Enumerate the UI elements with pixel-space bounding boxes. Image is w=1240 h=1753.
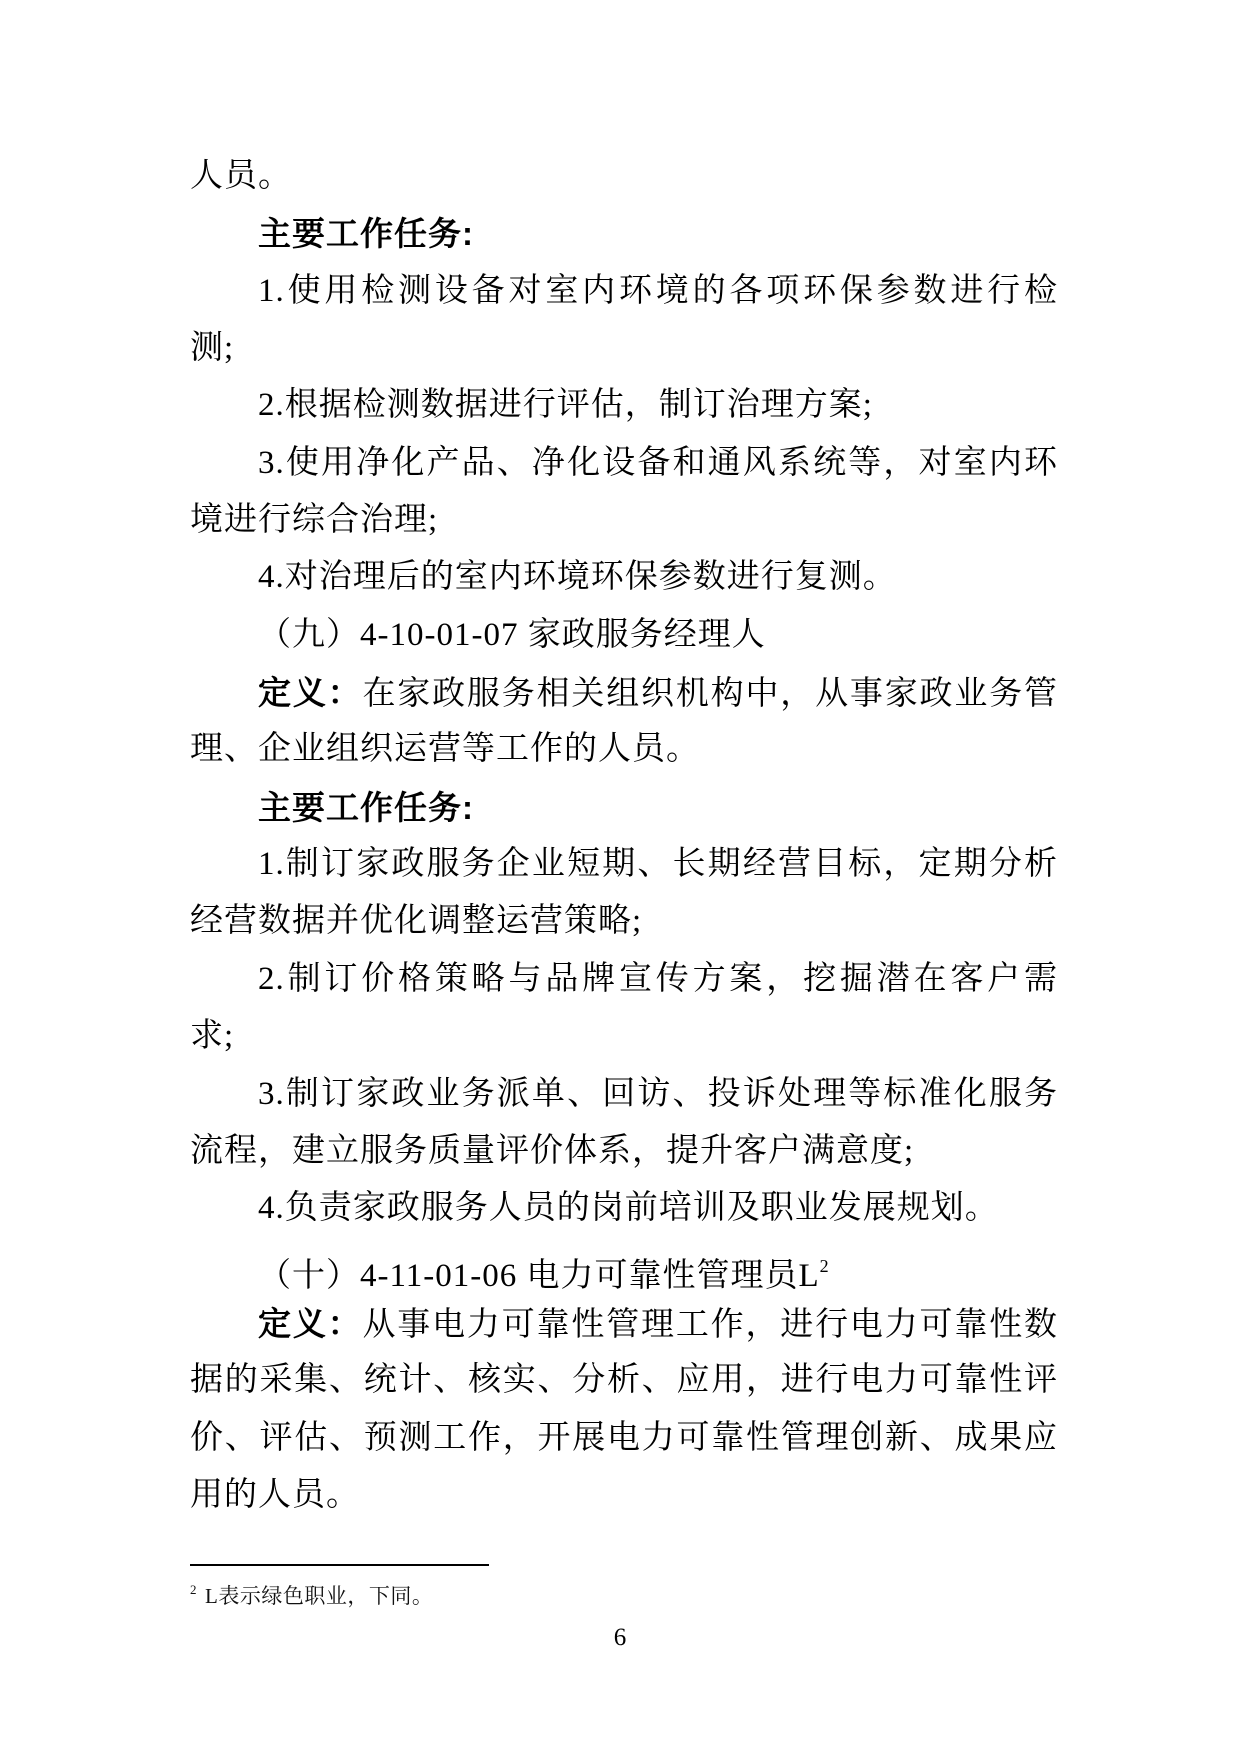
text-line: 4.负责家政服务人员的岗前培训及职业发展规划。 <box>190 1180 1058 1237</box>
text-segment: 4.负责家政服务人员的岗前培训及职业发展规划。 <box>258 1190 999 1226</box>
text-line: 测; <box>190 320 1058 377</box>
text-line: 用的人员。 <box>190 1467 1058 1524</box>
text-line: 理、企业组织运营等工作的人员。 <box>190 721 1058 778</box>
text-segment: 流程，建立服务质量评价体系，提升客户满意度; <box>190 1133 914 1169</box>
text-segment: 理、企业组织运营等工作的人员。 <box>190 731 700 767</box>
text-segment: （九）4-10-01-07 家政服务经理人 <box>258 617 766 653</box>
text-segment: 境进行综合治理; <box>190 502 438 538</box>
footnote-separator <box>190 1564 489 1566</box>
text-segment: 3.制订家政业务派单、回访、投诉处理等标准化服务 <box>258 1076 1058 1112</box>
text-segment: 测; <box>190 330 234 366</box>
text-line: 2.制订价格策略与品牌宣传方案，挖掘潜在客户需 <box>190 951 1058 1008</box>
superscript-marker: 2 <box>820 1256 829 1276</box>
footnote-area: 2L表示绿色职业，下同。 <box>190 1564 1058 1611</box>
text-segment: 在家政服务相关组织机构中，从事家政业务管 <box>362 676 1058 712</box>
text-line: 2.根据检测数据进行评估，制订治理方案; <box>190 377 1058 434</box>
text-segment: 据的采集、统计、核实、分析、应用，进行电力可靠性评 <box>190 1362 1058 1398</box>
text-segment: 1.使用检测设备对室内环境的各项环保参数进行检 <box>258 273 1058 309</box>
page-number: 6 <box>0 1622 1240 1654</box>
text-line: 3.使用净化产品、净化设备和通风系统等，对室内环 <box>190 435 1058 492</box>
bold-label: 定义： <box>258 1305 362 1342</box>
text-line: （十）4-11-01-06 电力可靠性管理员L2 <box>190 1238 1058 1295</box>
text-segment: 求; <box>190 1018 234 1054</box>
bold-label: 主要工作任务: <box>258 789 474 826</box>
text-segment: 3.使用净化产品、净化设备和通风系统等，对室内环 <box>258 445 1058 481</box>
text-line: 流程，建立服务质量评价体系，提升客户满意度; <box>190 1123 1058 1180</box>
bold-label: 主要工作任务: <box>258 215 474 252</box>
text-segment: 2.制订价格策略与品牌宣传方案，挖掘潜在客户需 <box>258 961 1058 997</box>
text-segment: 价、评估、预测工作，开展电力可靠性管理创新、成果应 <box>190 1420 1058 1456</box>
text-line: 4.对治理后的室内环境环保参数进行复测。 <box>190 549 1058 606</box>
text-segment: 1.制订家政服务企业短期、长期经营目标，定期分析 <box>258 846 1058 882</box>
text-segment: 从事电力可靠性管理工作，进行电力可靠性数 <box>362 1307 1058 1343</box>
text-line: 境进行综合治理; <box>190 492 1058 549</box>
text-segment: 用的人员。 <box>190 1477 360 1513</box>
text-line: 定义：从事电力可靠性管理工作，进行电力可靠性数 <box>190 1295 1058 1352</box>
document-page: 人员。主要工作任务:1.使用检测设备对室内环境的各项环保参数进行检测;2.根据检… <box>0 0 1240 1753</box>
text-line: 人员。 <box>190 148 1058 205</box>
footnote: 2L表示绿色职业，下同。 <box>190 1575 1058 1611</box>
footnote-text: L表示绿色职业，下同。 <box>205 1584 433 1608</box>
text-line: （九）4-10-01-07 家政服务经理人 <box>190 607 1058 664</box>
text-line: 主要工作任务: <box>190 779 1058 836</box>
text-segment: 2.根据检测数据进行评估，制订治理方案; <box>258 387 873 423</box>
text-line: 定义：在家政服务相关组织机构中，从事家政业务管 <box>190 664 1058 721</box>
text-line: 主要工作任务: <box>190 205 1058 262</box>
text-line: 价、评估、预测工作，开展电力可靠性管理创新、成果应 <box>190 1410 1058 1467</box>
text-line: 1.使用检测设备对室内环境的各项环保参数进行检 <box>190 263 1058 320</box>
text-line: 1.制订家政服务企业短期、长期经营目标，定期分析 <box>190 836 1058 893</box>
text-line: 求; <box>190 1008 1058 1065</box>
text-line: 经营数据并优化调整运营策略; <box>190 893 1058 950</box>
text-line: 据的采集、统计、核实、分析、应用，进行电力可靠性评 <box>190 1352 1058 1409</box>
text-segment: 经营数据并优化调整运营策略; <box>190 903 642 939</box>
text-segment: 4.对治理后的室内环境环保参数进行复测。 <box>258 559 897 595</box>
bold-label: 定义： <box>258 674 362 711</box>
text-segment: （十）4-11-01-06 电力可靠性管理员L <box>258 1258 820 1294</box>
text-line: 3.制订家政业务派单、回访、投诉处理等标准化服务 <box>190 1066 1058 1123</box>
footnote-marker: 2 <box>190 1582 197 1597</box>
text-segment: 人员。 <box>190 158 292 194</box>
body-lines: 人员。主要工作任务:1.使用检测设备对室内环境的各项环保参数进行检测;2.根据检… <box>190 148 1058 1524</box>
